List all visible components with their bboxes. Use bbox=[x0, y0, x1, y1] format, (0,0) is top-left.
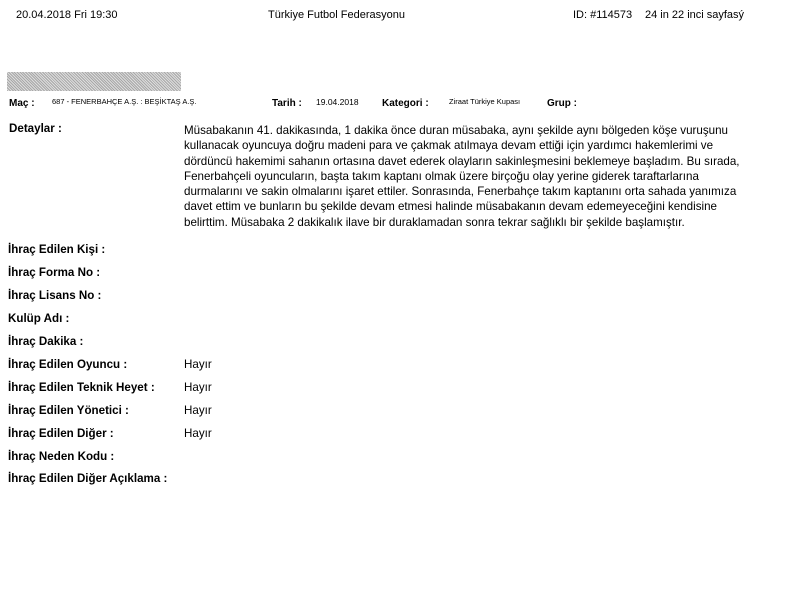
date-value: 19.04.2018 bbox=[316, 97, 359, 107]
field-label-ihrac-edilen-kisi: İhraç Edilen Kişi : bbox=[8, 243, 105, 256]
page-indicator: 24 in 22 inci sayfasý bbox=[645, 9, 744, 21]
category-label: Kategori : bbox=[382, 98, 429, 109]
field-label-ihrac-edilen-diger: İhraç Edilen Diğer : bbox=[8, 427, 114, 440]
field-label-ihrac-dakika: İhraç Dakika : bbox=[8, 335, 83, 348]
match-value: 687 - FENERBAHÇE A.Ş. : BEŞİKTAŞ A.Ş. bbox=[52, 97, 197, 106]
field-value-ihrac-edilen-teknik-heyet: Hayır bbox=[184, 381, 212, 394]
details-text: Müsabakanın 41. dakikasında, 1 dakika ön… bbox=[184, 123, 744, 230]
report-id: ID: #114573 bbox=[573, 9, 632, 21]
category-value: Ziraat Türkiye Kupası bbox=[449, 97, 520, 106]
field-value-ihrac-edilen-oyuncu: Hayır bbox=[184, 358, 212, 371]
report-title-band bbox=[7, 72, 181, 91]
field-label-ihrac-neden-kodu: İhraç Neden Kodu : bbox=[8, 450, 114, 463]
field-label-kulup-adi: Kulüp Adı : bbox=[8, 312, 69, 325]
match-label: Maç : bbox=[9, 98, 35, 109]
field-label-ihrac-edilen-yonetici: İhraç Edilen Yönetici : bbox=[8, 404, 129, 417]
group-label: Grup : bbox=[547, 98, 577, 109]
field-label-ihrac-lisans-no: İhraç Lisans No : bbox=[8, 289, 101, 302]
field-label-ihrac-forma-no: İhraç Forma No : bbox=[8, 266, 100, 279]
field-label-ihrac-edilen-teknik-heyet: İhraç Edilen Teknik Heyet : bbox=[8, 381, 155, 394]
details-label: Detaylar : bbox=[9, 122, 62, 135]
report-datetime: 20.04.2018 Fri 19:30 bbox=[16, 9, 118, 21]
date-label: Tarih : bbox=[272, 98, 302, 109]
field-value-ihrac-edilen-diger: Hayır bbox=[184, 427, 212, 440]
field-value-ihrac-edilen-yonetici: Hayır bbox=[184, 404, 212, 417]
field-label-ihrac-edilen-diger-aciklama: İhraç Edilen Diğer Açıklama : bbox=[8, 472, 167, 485]
field-label-ihrac-edilen-oyuncu: İhraç Edilen Oyuncu : bbox=[8, 358, 127, 371]
organization-name: Türkiye Futbol Federasyonu bbox=[268, 9, 405, 21]
